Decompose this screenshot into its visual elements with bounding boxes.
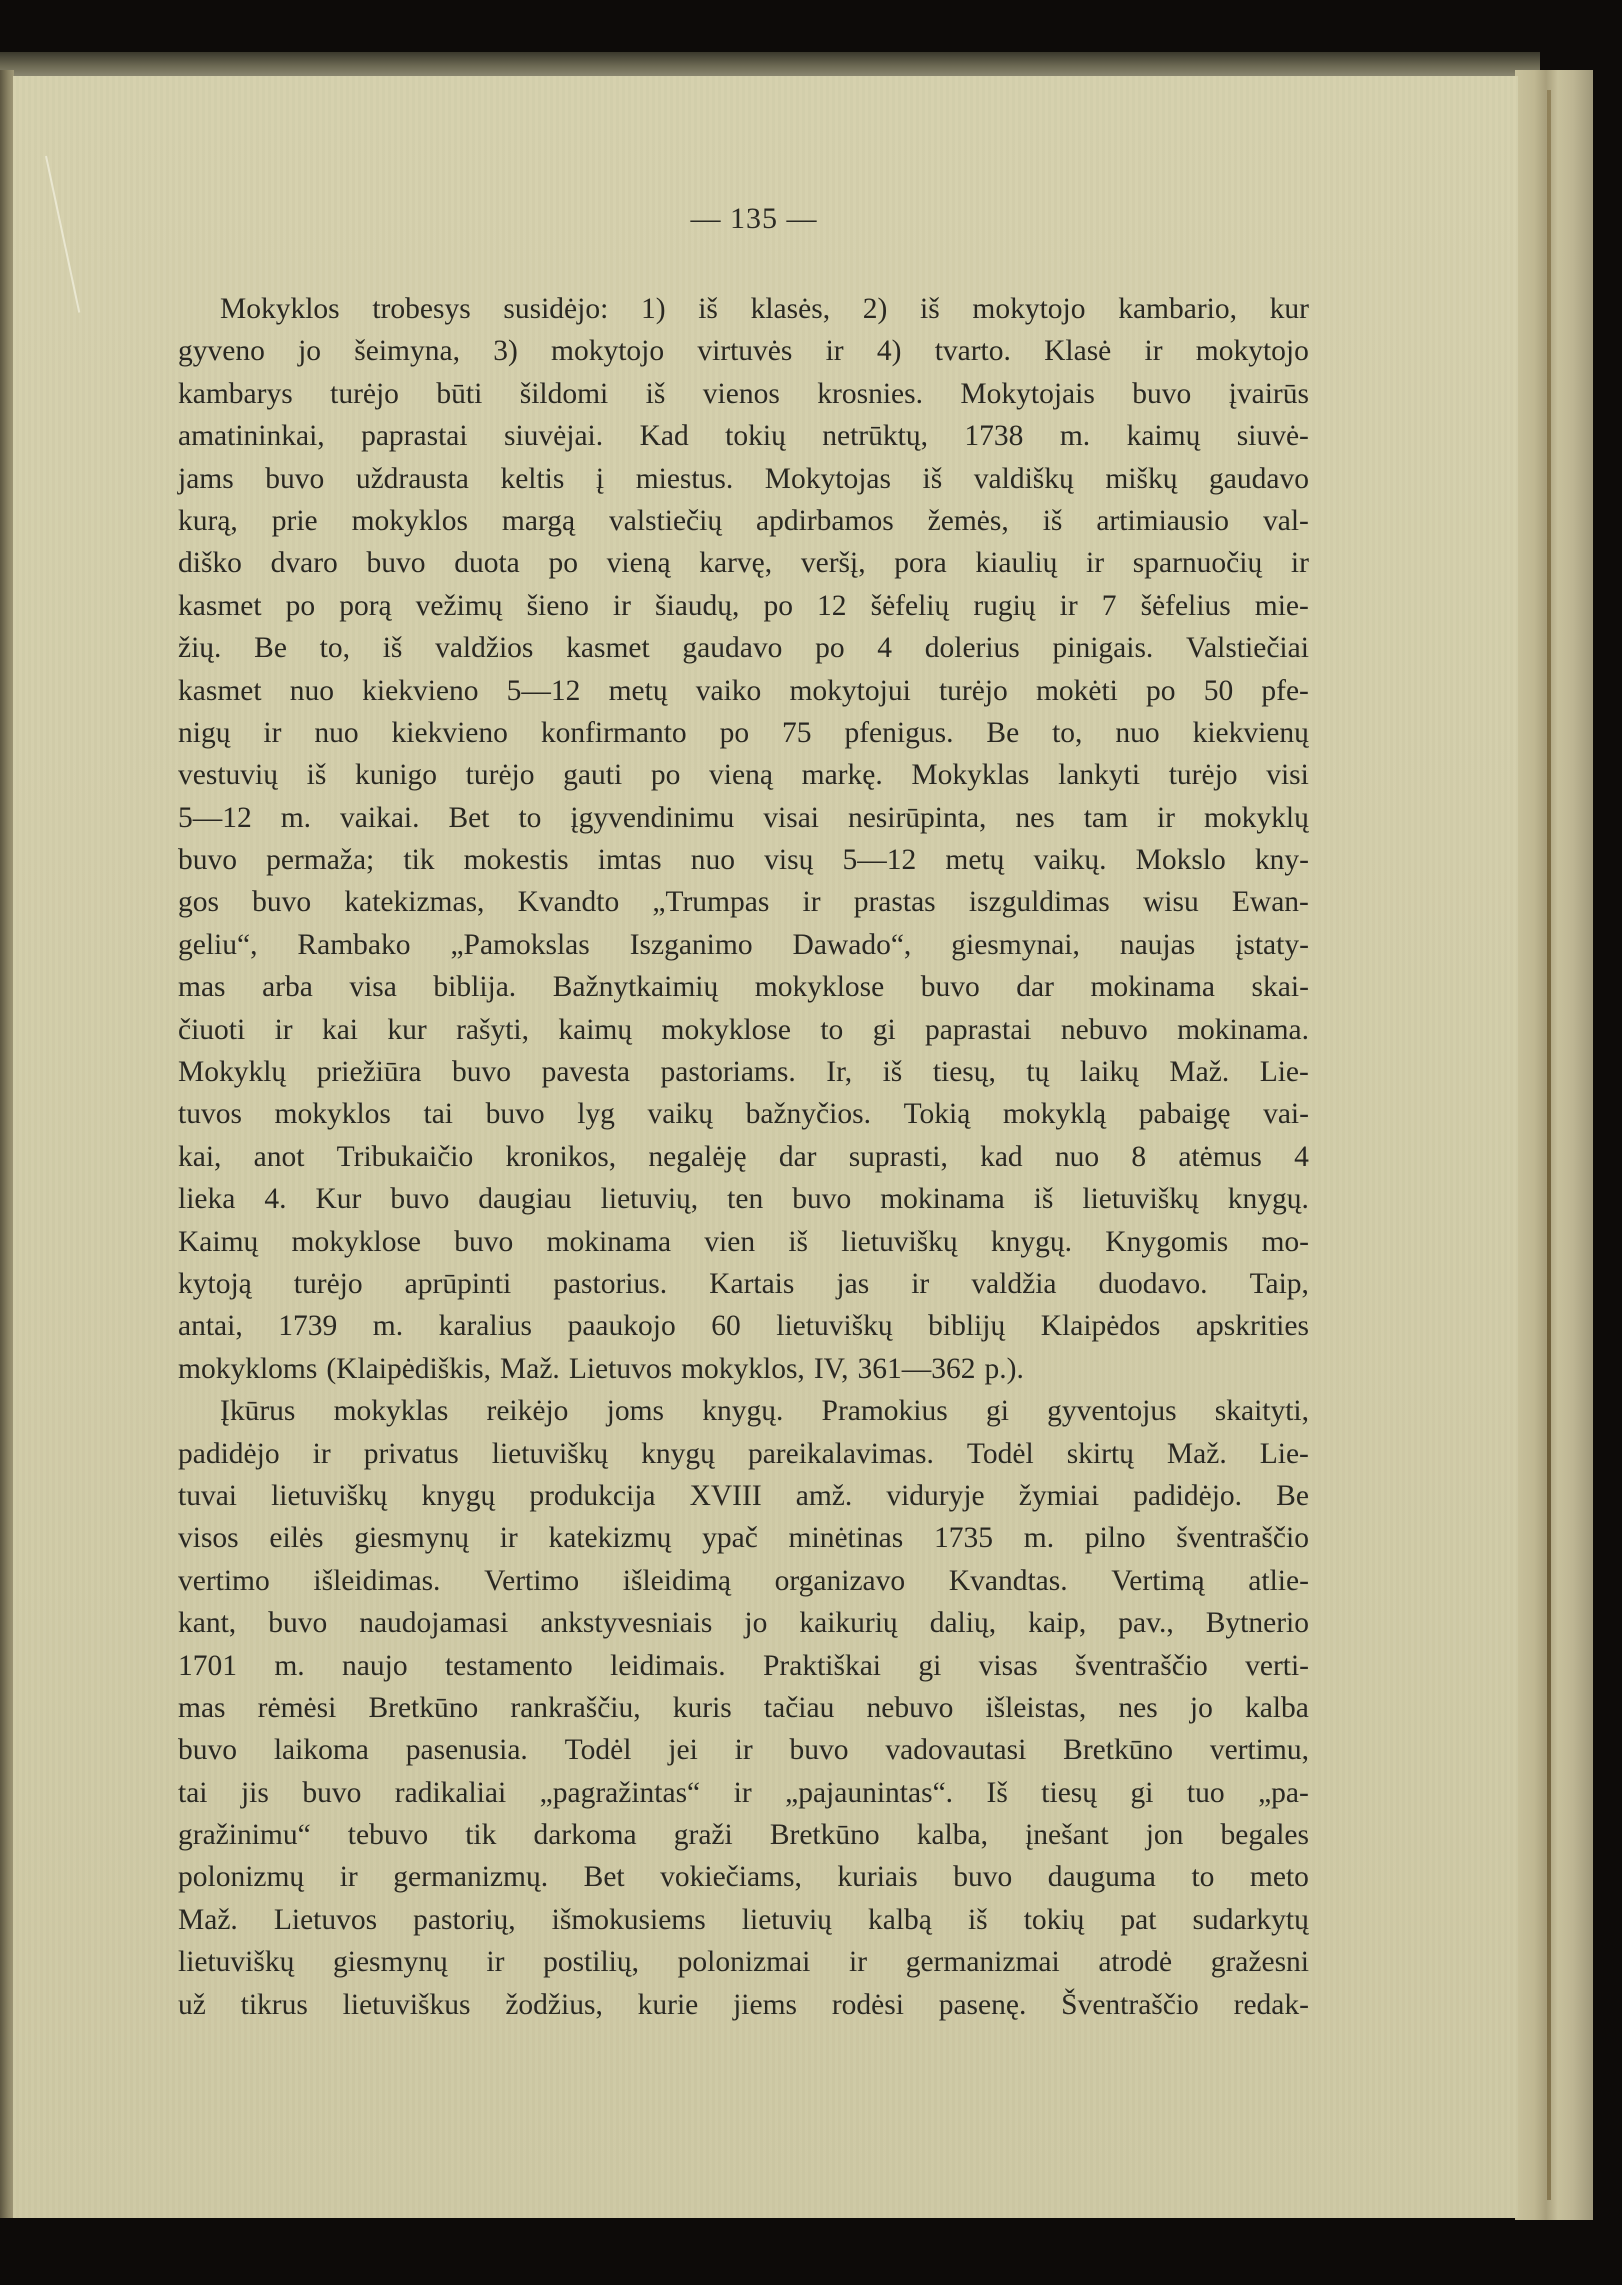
text-line: Maž.Lietuvospastorių,išmokusiemslietuvių… [178,1899,1309,1941]
text-line: masrėmėsiBretkūnorankraščiu,kuristačiaun… [178,1687,1309,1729]
text-line: Įkūrusmokyklasreikėjojomsknygų.Pramokius… [178,1390,1309,1432]
page-number: — 135 — [0,202,1508,236]
text-line: užtikruslietuviškusžodžius,kuriejiemsrod… [178,1984,1309,2026]
text-line: kytojąturėjoaprūpintipastorius.Kartaisja… [178,1263,1309,1305]
body-text: Mokyklostrobesyssusidėjo:1)išklasės,2)iš… [178,288,1309,2026]
binding-stain-line [1547,90,1551,2200]
paragraph: Įkūrusmokyklasreikėjojomsknygų.Pramokius… [178,1390,1309,2026]
text-line: visoseilėsgiesmynųirkatekizmųypačminėtin… [178,1517,1309,1559]
text-line: padidėjoirprivatuslietuviškųknygųpareika… [178,1433,1309,1475]
text-line: tuvailietuviškųknygųprodukcijaXVIIIamž.v… [178,1475,1309,1517]
text-line: buvopermaža;tikmokestisimtasnuovisų5—12m… [178,839,1309,881]
text-line: 1701m.naujotestamentoleidimais.Praktiška… [178,1645,1309,1687]
text-line: vestuviųiškunigoturėjogautipovienąmarkę.… [178,754,1309,796]
text-line: Kaimųmokyklosebuvomokinamavienišlietuviš… [178,1221,1309,1263]
book-cover-top-edge [0,52,1540,76]
text-line: tuvosmokyklostaibuvolygvaikųbažnyčios.To… [178,1093,1309,1135]
text-line: žių.Beto,išvaldžioskasmetgaudavopo4doler… [178,627,1309,669]
text-line: mokykloms(Klaipėdiškis,Maž.Lietuvosmokyk… [178,1348,1309,1390]
text-line: lieka4.Kurbuvodaugiaulietuvių,tenbuvomok… [178,1178,1309,1220]
text-line: geliu“,Rambako„PamokslasIszganimoDawado“… [178,924,1309,966]
text-line: gosbuvokatekizmas,Kvandto„Trumpasirprast… [178,881,1309,923]
text-line: antai,1739m.karaliuspaaukojo60lietuviškų… [178,1305,1309,1347]
text-line: gyvenojošeimyna,3)mokytojovirtuvėsir4)tv… [178,330,1309,372]
text-line: kant,buvonaudojamasiankstyvesniaisjokaik… [178,1602,1309,1644]
paragraph: Mokyklostrobesyssusidėjo:1)išklasės,2)iš… [178,288,1309,1390]
text-line: amatininkai,paprastaisiuvėjai.Kadtokiųne… [178,415,1309,457]
text-line: kambarysturėjobūtišildomiišvienoskrosnie… [178,373,1309,415]
text-line: taijisbuvoradikaliai„pagražintas“ir„paja… [178,1772,1309,1814]
text-line: lietuviškųgiesmynųirpostilių,polonizmaii… [178,1941,1309,1983]
text-line: masarbavisabiblija.Bažnytkaimiųmokyklose… [178,966,1309,1008]
text-line: Mokyklųpriežiūrabuvopavestapastoriams.Ir… [178,1051,1309,1093]
text-line: 5—12m.vaikai.Bettoįgyvendinimuvisainesir… [178,797,1309,839]
text-line: vertimoišleidimas.Vertimoišleidimąorgani… [178,1560,1309,1602]
text-line: kurą,priemokyklosmargąvalstiečiųapdirbam… [178,500,1309,542]
text-line: Mokyklostrobesyssusidėjo:1)išklasės,2)iš… [178,288,1309,330]
text-line: čiuotiirkaikurrašyti,kaimųmokyklosetogip… [178,1009,1309,1051]
text-line: polonizmųirgermanizmų.Betvokiečiams,kuri… [178,1856,1309,1898]
text-line: diškodvarobuvoduotapovienąkarvę,veršį,po… [178,542,1309,584]
text-line: gražinimu“tebuvotikdarkomagražiBretkūnok… [178,1814,1309,1856]
text-line: kasmetpoporąvežimųšienoiršiaudų,po12šėfe… [178,585,1309,627]
text-line: kasmetnuokiekvieno5—12metųvaikomokytojui… [178,670,1309,712]
text-line: nigųirnuokiekvienokonfirmantopo75pfenigu… [178,712,1309,754]
text-line: kai,anotTribukaičiokronikos,negalėjędars… [178,1136,1309,1178]
text-line: buvolaikomapasenusia.Todėljeiirbuvovadov… [178,1729,1309,1771]
text-line: jamsbuvouždraustakeltisįmiestus.Mokytoja… [178,458,1309,500]
book-left-edge [0,70,14,2218]
book-binding-edge [1515,70,1593,2220]
